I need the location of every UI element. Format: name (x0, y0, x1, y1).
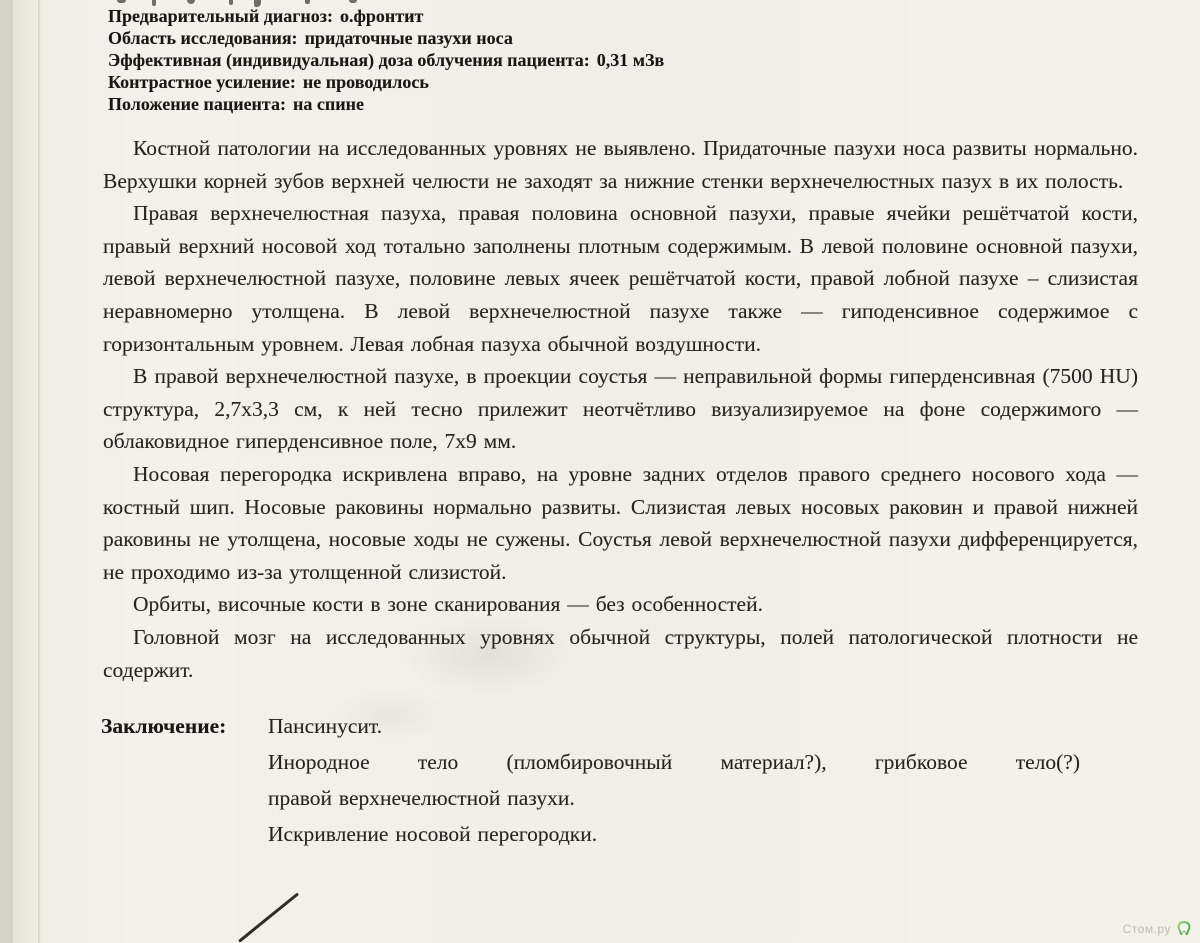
conclusion-items: Пансинусит. Инородное тело (пломбировочн… (268, 708, 1080, 852)
report-header-fields: Предварительный диагноз:о.фронтит Област… (108, 5, 1140, 115)
header-field-radiation-dose: Эффективная (индивидуальная) доза облуче… (108, 49, 1140, 71)
pen-signature-stroke (238, 893, 299, 943)
findings-paragraph-sinuses-filling: Правая верхнечелюстная пазуха, правая по… (103, 197, 1138, 360)
conclusion-section: Заключение: Пансинусит. Инородное тело (… (101, 708, 1138, 852)
tooth-logo-icon (1175, 920, 1193, 938)
findings-paragraph-bone: Костной патологии на исследованных уровн… (103, 132, 1138, 197)
field-label: Эффективная (индивидуальная) доза облуче… (108, 50, 590, 70)
field-label: Предварительный диагноз: (108, 6, 333, 26)
field-value: не проводилось (303, 72, 429, 92)
conclusion-line-foreign-body-continued: правой верхнечелюстной пазухи. (268, 780, 1080, 816)
field-label: Контрастное усиление: (108, 72, 296, 92)
conclusion-line-pansinusitis: Пансинусит. (268, 708, 1080, 744)
header-field-contrast-enhancement: Контрастное усиление:не проводилось (108, 71, 1140, 93)
header-field-patient-position: Положение пациента:на спине (108, 93, 1140, 115)
field-value: придаточные пазухи носа (305, 28, 513, 48)
field-value: на спине (293, 94, 364, 114)
conclusion-label: Заключение: (101, 708, 268, 744)
scanned-document-page: Предварительный диагноз:о.фронтит Област… (0, 0, 1200, 943)
findings-paragraph-orbits: Орбиты, височные кости в зоне сканирован… (103, 588, 1138, 621)
report-content: Предварительный диагноз:о.фронтит Област… (0, 0, 1200, 852)
field-value: 0,31 мЗв (597, 50, 664, 70)
conclusion-line-foreign-body: Инородное тело (пломбировочный материал?… (268, 744, 1080, 780)
header-field-study-area: Область исследования:придаточные пазухи … (108, 27, 1140, 49)
report-findings: Костной патологии на исследованных уровн… (103, 132, 1138, 686)
findings-paragraph-nasal-septum: Носовая перегородка искривлена вправо, н… (103, 458, 1138, 588)
field-label: Положение пациента: (108, 94, 286, 114)
header-field-preliminary-diagnosis: Предварительный диагноз:о.фронтит (108, 5, 1140, 27)
watermark: Стом.ру (1123, 920, 1193, 938)
conclusion-line-septum-deviation: Искривление носовой перегородки. (268, 816, 1080, 852)
watermark-text: Стом.ру (1123, 922, 1171, 936)
field-value: о.фронтит (340, 6, 423, 26)
findings-paragraph-hyperdense-structure: В правой верхнечелюстной пазухе, в проек… (103, 360, 1138, 458)
findings-paragraph-brain: Головной мозг на исследованных уровнях о… (103, 621, 1138, 686)
field-label: Область исследования: (108, 28, 298, 48)
